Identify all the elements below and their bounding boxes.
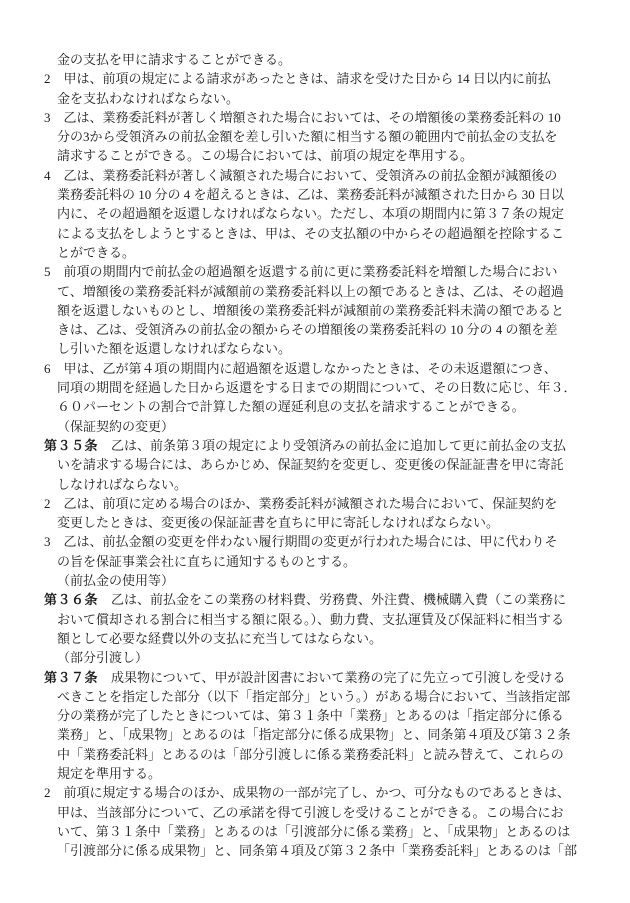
paragraph-article: 第３５条 乙は、前条第３項の規定により受領済みの前払金に追加して更に前払金の支払… xyxy=(44,436,588,494)
paragraph-number: 3 xyxy=(44,534,51,549)
text-line: （部分引渡し） xyxy=(44,648,588,667)
text-line: 額として必要な経費以外の支払に充当してはならない。 xyxy=(44,629,588,648)
paragraph-number: 4 xyxy=(44,168,51,183)
text-line: 第３７条 成果物について、甲が設計図書において業務の完了に先立って引渡しを受ける xyxy=(44,668,588,687)
text-line: いを請求する場合には、あらかじめ、保証契約を変更し、変更後の保証証書を甲に寄託 xyxy=(44,455,588,474)
text-line: 業務」と、「成果物」とあるのは「指定部分に係る成果物」と、同条第４項及び第３２条 xyxy=(44,725,588,744)
paragraph-number: 2 xyxy=(44,71,51,86)
text-line: 変更したときは、変更後の保証証書を直ちに甲に寄託しなければならない。 xyxy=(44,513,588,532)
paragraph-heading: （前払金の使用等） xyxy=(44,571,588,590)
paragraph-item: 3 乙は、業務委託料が著しく増額された場合においては、その増額後の業務委託料の … xyxy=(44,108,588,166)
paragraph-item: 2 前項に規定する場合のほか、成果物の一部が完了し、かつ、可分なものであるときは… xyxy=(44,783,588,860)
paragraph-item: 4 乙は、業務委託料が著しく減額された場合において、受領済みの前払金額が減額後の… xyxy=(44,166,588,262)
text-line: 金の支払を甲に請求することができる。 xyxy=(44,50,588,69)
text-line: いて、第３１条中「業務」とあるのは「引渡部分に係る業務」と、「成果物」とあるのは xyxy=(44,822,588,841)
text-line: 2 前項に規定する場合のほか、成果物の一部が完了し、かつ、可分なものであるときは… xyxy=(44,783,588,802)
text-line: 2 乙は、前項に定める場合のほか、業務委託料が減額された場合において、保証契約を xyxy=(44,494,588,513)
text-line: 分の業務が完了したときについては、第３１条中「業務」とあるのは「指定部分に係る xyxy=(44,706,588,725)
text-line: おいて償却される割合に相当する額に限る。）、動力費、支払運賃及び保証料に相当する xyxy=(44,610,588,629)
contract-text: 金の支払を甲に請求することができる。2 甲は、前項の規定による請求があったときは… xyxy=(44,50,588,860)
text-line: 3 乙は、前払金額の変更を伴わない履行期間の変更が行われた場合には、甲に代わりそ xyxy=(44,532,588,551)
article-label: 第３７条 xyxy=(44,670,98,685)
text-line: て、増額後の業務委託料が減額前の業務委託料以上の額であるときは、乙は、その超過 xyxy=(44,282,588,301)
text-line: 規定を準用する。 xyxy=(44,764,588,783)
paragraph-item: 6 甲は、乙が第４項の期間内に超過額を返還しなかったときは、その未返還額につき、… xyxy=(44,359,588,417)
text-line: しなければならない。 xyxy=(44,475,588,494)
text-line: 額を返還しないものとし、増額後の業務委託料が減額前の業務委託料未満の額であると xyxy=(44,301,588,320)
text-line: べきことを指定した部分（以下「指定部分」という。）がある場合において、当該指定部 xyxy=(44,687,588,706)
text-line: 5 前項の期間内で前払金の超過額を返還する前に更に業務委託料を増額した場合におい xyxy=(44,262,588,281)
text-line: （前払金の使用等） xyxy=(44,571,588,590)
paragraph-continuation: 金の支払を甲に請求することができる。 xyxy=(44,50,588,69)
text-line: （保証契約の変更） xyxy=(44,417,588,436)
text-line: し引いた額を返還しなければならない。 xyxy=(44,339,588,358)
text-line: 業務委託料の 10 分の 4 を超えるときは、乙は、業務委託料が減額された日から… xyxy=(44,185,588,204)
paragraph-number: 6 xyxy=(44,361,51,376)
paragraph-item: 3 乙は、前払金額の変更を伴わない履行期間の変更が行われた場合には、甲に代わりそ… xyxy=(44,532,588,571)
text-line: 第３６条 乙は、前払金をこの業務の材料費、労務費、外注費、機械購入費（この業務に xyxy=(44,590,588,609)
text-line: 甲は、当該部分について、乙の承諾を得て引渡しを受けることができる。この場合にお xyxy=(44,803,588,822)
paragraph-item: 2 甲は、前項の規定による請求があったときは、請求を受けた日から 14 日以内に… xyxy=(44,69,588,108)
text-line: 第３５条 乙は、前条第３項の規定により受領済みの前払金に追加して更に前払金の支払 xyxy=(44,436,588,455)
text-line: 2 甲は、前項の規定による請求があったときは、請求を受けた日から 14 日以内に… xyxy=(44,69,588,88)
paragraph-article: 第３６条 乙は、前払金をこの業務の材料費、労務費、外注費、機械購入費（この業務に… xyxy=(44,590,588,648)
contract-page: 金の支払を甲に請求することができる。2 甲は、前項の規定による請求があったときは… xyxy=(0,0,630,903)
text-line: とができる。 xyxy=(44,243,588,262)
text-line: 「引渡部分に係る成果物」と、同条第４項及び第３２条中「業務委託料」とあるのは「部 xyxy=(44,841,588,860)
paragraph-number: 2 xyxy=(44,496,51,511)
paragraph-article: 第３７条 成果物について、甲が設計図書において業務の完了に先立って引渡しを受ける… xyxy=(44,668,588,784)
paragraph-heading: （保証契約の変更） xyxy=(44,417,588,436)
text-line: の旨を保証事業会社に直ちに通知するものとする。 xyxy=(44,552,588,571)
text-line: 中「業務委託料」とあるのは「部分引渡しに係る業務委託料」と読み替えて、これらの xyxy=(44,745,588,764)
text-line: 分の3から受領済みの前払金額を差し引いた額に相当する額の範囲内で前払金の支払を xyxy=(44,127,588,146)
text-line: きは、乙は、受領済みの前払金の額からその増額後の業務委託料の 10 分の 4 の… xyxy=(44,320,588,339)
text-line: 請求することができる。この場合においては、前項の規定を準用する。 xyxy=(44,146,588,165)
article-label: 第３５条 xyxy=(44,438,98,453)
paragraph-item: 2 乙は、前項に定める場合のほか、業務委託料が減額された場合において、保証契約を… xyxy=(44,494,588,533)
text-line: 同項の期間を経過した日から返還をする日までの期間について、その日数に応じ、年３． xyxy=(44,378,588,397)
paragraph-number: 2 xyxy=(44,785,51,800)
text-line: 6 甲は、乙が第４項の期間内に超過額を返還しなかったときは、その未返還額につき、 xyxy=(44,359,588,378)
text-line: 金を支払わなければならない。 xyxy=(44,89,588,108)
paragraph-number: 5 xyxy=(44,264,51,279)
text-line: による支払をしようとするときは、甲は、その支払額の中からその超過額を控除するこ xyxy=(44,224,588,243)
text-line: 内に、その超過額を返還しなければならない。ただし、本項の期間内に第３７条の規定 xyxy=(44,204,588,223)
text-line: 4 乙は、業務委託料が著しく減額された場合において、受領済みの前払金額が減額後の xyxy=(44,166,588,185)
text-line: ６０パーセントの割合で計算した額の遅延利息の支払を請求することができる。 xyxy=(44,397,588,416)
paragraph-heading: （部分引渡し） xyxy=(44,648,588,667)
paragraph-number: 3 xyxy=(44,110,51,125)
paragraph-item: 5 前項の期間内で前払金の超過額を返還する前に更に業務委託料を増額した場合におい… xyxy=(44,262,588,358)
article-label: 第３６条 xyxy=(44,592,98,607)
text-line: 3 乙は、業務委託料が著しく増額された場合においては、その増額後の業務委託料の … xyxy=(44,108,588,127)
